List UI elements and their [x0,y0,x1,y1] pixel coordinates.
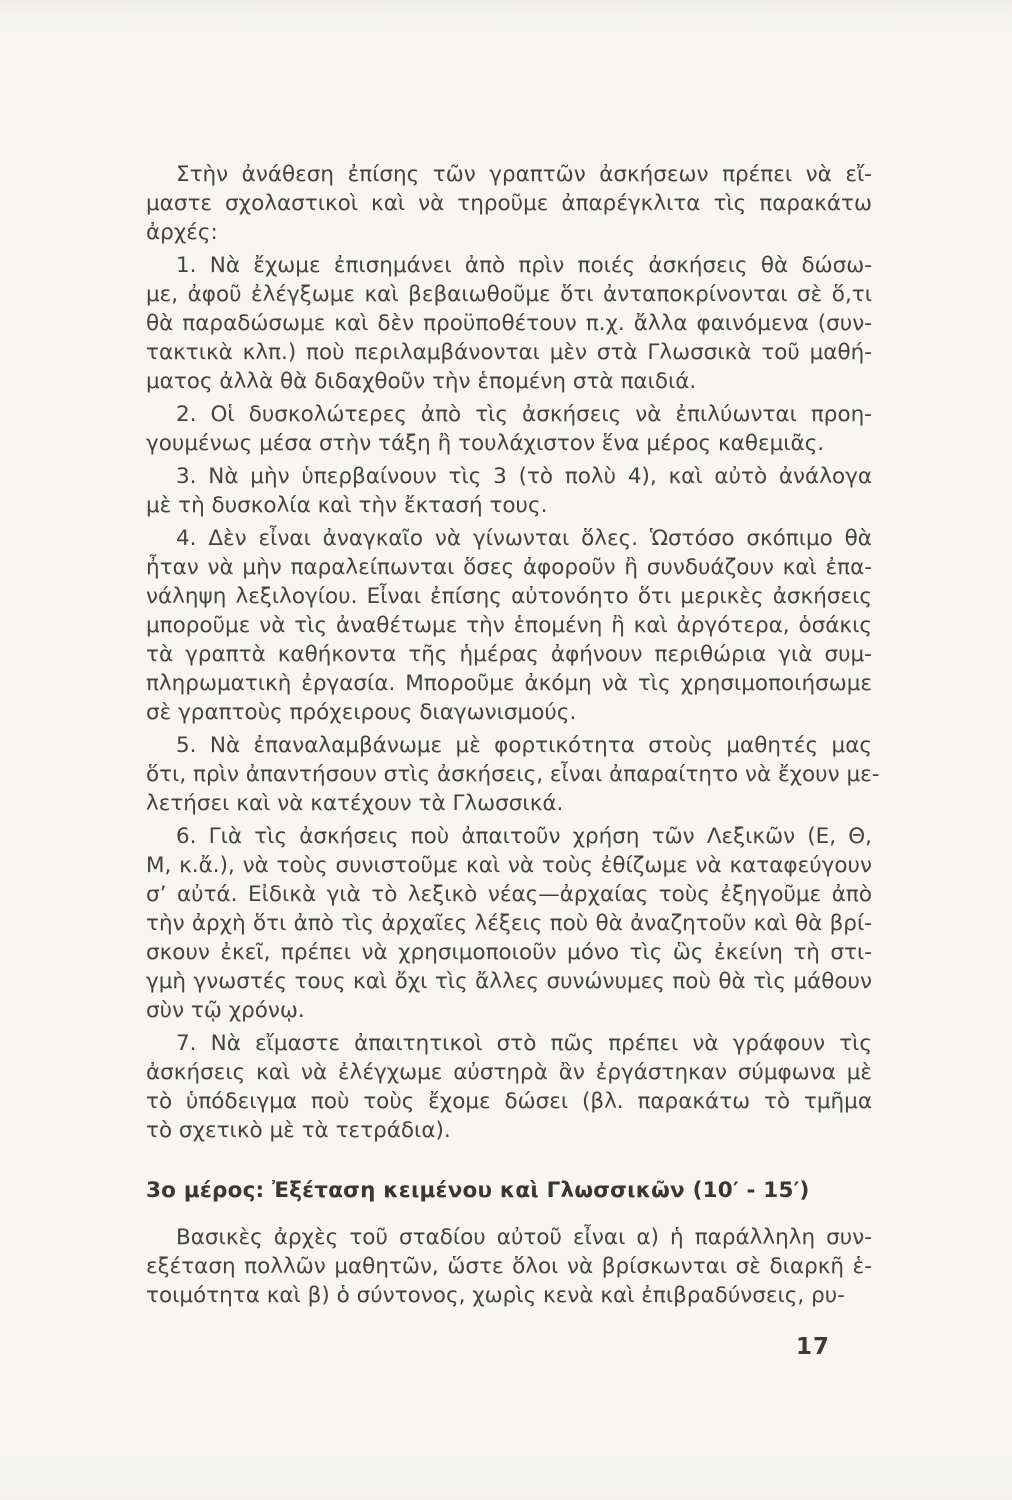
text-line: τὰ γραπτὰ καθήκοντα τῆς ἡμέρας ἀφήνουν π… [146,640,872,669]
text-line: ὅτι, πρὶν ἀπαντήσουν στὶς ἀσκήσεις, εἶνα… [146,760,872,789]
text-line: ἀσκήσεις καὶ νὰ ἐλέγχωμε αὐστηρὰ ἂν ἐργά… [146,1058,872,1087]
text-line: 5. Νὰ ἐπαναλαμβάνωμε μὲ φορτικότητα στοὺ… [146,731,872,760]
heading-line: 3ο μέρος: Ἐξέταση κειμένου καὶ Γλωσσικῶν… [146,1175,872,1207]
page-number: 17 [796,1334,830,1360]
text-line: ματος ἀλλὰ θὰ διδαχθοῦν τὴν ἑπομένη στὰ … [146,367,872,396]
text-line: μποροῦμε νὰ τὶς ἀναθέτωμε τὴν ἑπομένη ἢ … [146,611,872,640]
text-line: με, ἀφοῦ ἐλέγξωμε καὶ βεβαιωθοῦμε ὅτι ἀν… [146,280,872,309]
text-line: τὴν ἀρχὴ ὅτι ἀπὸ τὶς ἀρχαῖες λέξεις ποὺ … [146,909,872,938]
text-line: 7. Νὰ εἴμαστε ἀπαιτητικοὶ στὸ πῶς πρέπει… [146,1029,872,1058]
text-line: σ’ αὐτά. Εἰδικὰ γιὰ τὸ λεξικὸ νέας—ἀρχαί… [146,880,872,909]
text-line: νάληψη λεξιλογίου. Εἶναι ἐπίσης αὐτονόητ… [146,582,872,611]
text-line: λετήσει καὶ νὰ κατέχουν τὰ Γλωσσικά. [146,789,872,818]
text-line: εξέταση πολλῶν μαθητῶν, ὥστε ὅλοι νὰ βρί… [146,1252,872,1281]
text-line: μὲ τὴ δυσκολία καὶ τὴν ἔκτασή τους. [146,491,872,520]
paragraph: 6. Γιὰ τὶς ἀσκήσεις ποὺ ἀπαιτοῦν χρήση τ… [146,822,872,1025]
paragraph: 2. Οἱ δυσκολώτερες ἀπὸ τὶς ἀσκήσεις νὰ ἐ… [146,400,872,458]
text-line: τοιμότητα καὶ β) ὁ σύντονος, χωρὶς κενὰ … [146,1281,872,1310]
text-line: 3. Νὰ μὴν ὑπερβαίνουν τὶς 3 (τὸ πολὺ 4),… [146,462,872,491]
text-line: ἦταν νὰ μὴν παραλείπωνται ὅσες ἀφοροῦν ἢ… [146,553,872,582]
text-line: 6. Γιὰ τὶς ἀσκήσεις ποὺ ἀπαιτοῦν χρήση τ… [146,822,872,851]
paragraph: Στὴν ἀνάθεση ἐπίσης τῶν γραπτῶν ἀσκήσεων… [146,160,872,247]
text-line: τακτικὰ κλπ.) ποὺ περιλαμβάνονται μὲν στ… [146,338,872,367]
text-line: Στὴν ἀνάθεση ἐπίσης τῶν γραπτῶν ἀσκήσεων… [146,160,872,189]
text-line: σὲ γραπτοὺς πρόχειρους διαγωνισμούς. [146,698,872,727]
text-line: 2. Οἱ δυσκολώτερες ἀπὸ τὶς ἀσκήσεις νὰ ἐ… [146,400,872,429]
paragraph: 1. Νὰ ἔχωμε ἐπισημάνει ἀπὸ πρὶν ποιές ἀσ… [146,251,872,396]
text-line: πληρωματικὴ ἐργασία. Μποροῦμε ἀκόμη νὰ τ… [146,669,872,698]
text-line: Μ, κ.ἄ.), νὰ τοὺς συνιστοῦμε καὶ νὰ τοὺς… [146,851,872,880]
text-line: 1. Νὰ ἔχωμε ἐπισημάνει ἀπὸ πρὶν ποιές ἀσ… [146,251,872,280]
text-line: σκουν ἐκεῖ, πρέπει νὰ χρησιμοποιοῦν μόνο… [146,938,872,967]
text-line: μαστε σχολαστικοὶ καὶ νὰ τηροῦμε ἀπαρέγκ… [146,189,872,218]
text-line: τὸ σχετικὸ μὲ τὰ τετράδια). [146,1116,872,1145]
section-heading: 3ο μέρος: Ἐξέταση κειμένου καὶ Γλωσσικῶν… [146,1175,872,1207]
paragraph: 3. Νὰ μὴν ὑπερβαίνουν τὶς 3 (τὸ πολὺ 4),… [146,462,872,520]
text-line: γμὴ γνωστές τους καὶ ὄχι τὶς ἄλλες συνών… [146,967,872,996]
paragraph: 4. Δὲν εἶναι ἀναγκαῖο νὰ γίνωνται ὅλες. … [146,524,872,727]
text-line: 4. Δὲν εἶναι ἀναγκαῖο νὰ γίνωνται ὅλες. … [146,524,872,553]
scanned-book-page: Στὴν ἀνάθεση ἐπίσης τῶν γραπτῶν ἀσκήσεων… [0,0,1012,1500]
text-line: τὸ ὑπόδειγμα ποὺ τοὺς ἔχομε δώσει (βλ. π… [146,1087,872,1116]
paragraph: 7. Νὰ εἴμαστε ἀπαιτητικοὶ στὸ πῶς πρέπει… [146,1029,872,1145]
text-line: θὰ παραδώσωμε καὶ δὲν προϋποθέτουν π.χ. … [146,309,872,338]
text-line: γουμένως μέσα στὴν τάξη ἢ τουλάχιστον ἕν… [146,429,872,458]
text-line: σὺν τῷ χρόνῳ. [146,996,872,1025]
paragraph: Βασικὲς ἀρχὲς τοῦ σταδίου αὐτοῦ εἶναι α)… [146,1223,872,1310]
text-line: ἀρχές: [146,218,872,247]
text-line: Βασικὲς ἀρχὲς τοῦ σταδίου αὐτοῦ εἶναι α)… [146,1223,872,1252]
text-block: Στὴν ἀνάθεση ἐπίσης τῶν γραπτῶν ἀσκήσεων… [146,160,872,1310]
paragraph: 5. Νὰ ἐπαναλαμβάνωμε μὲ φορτικότητα στοὺ… [146,731,872,818]
